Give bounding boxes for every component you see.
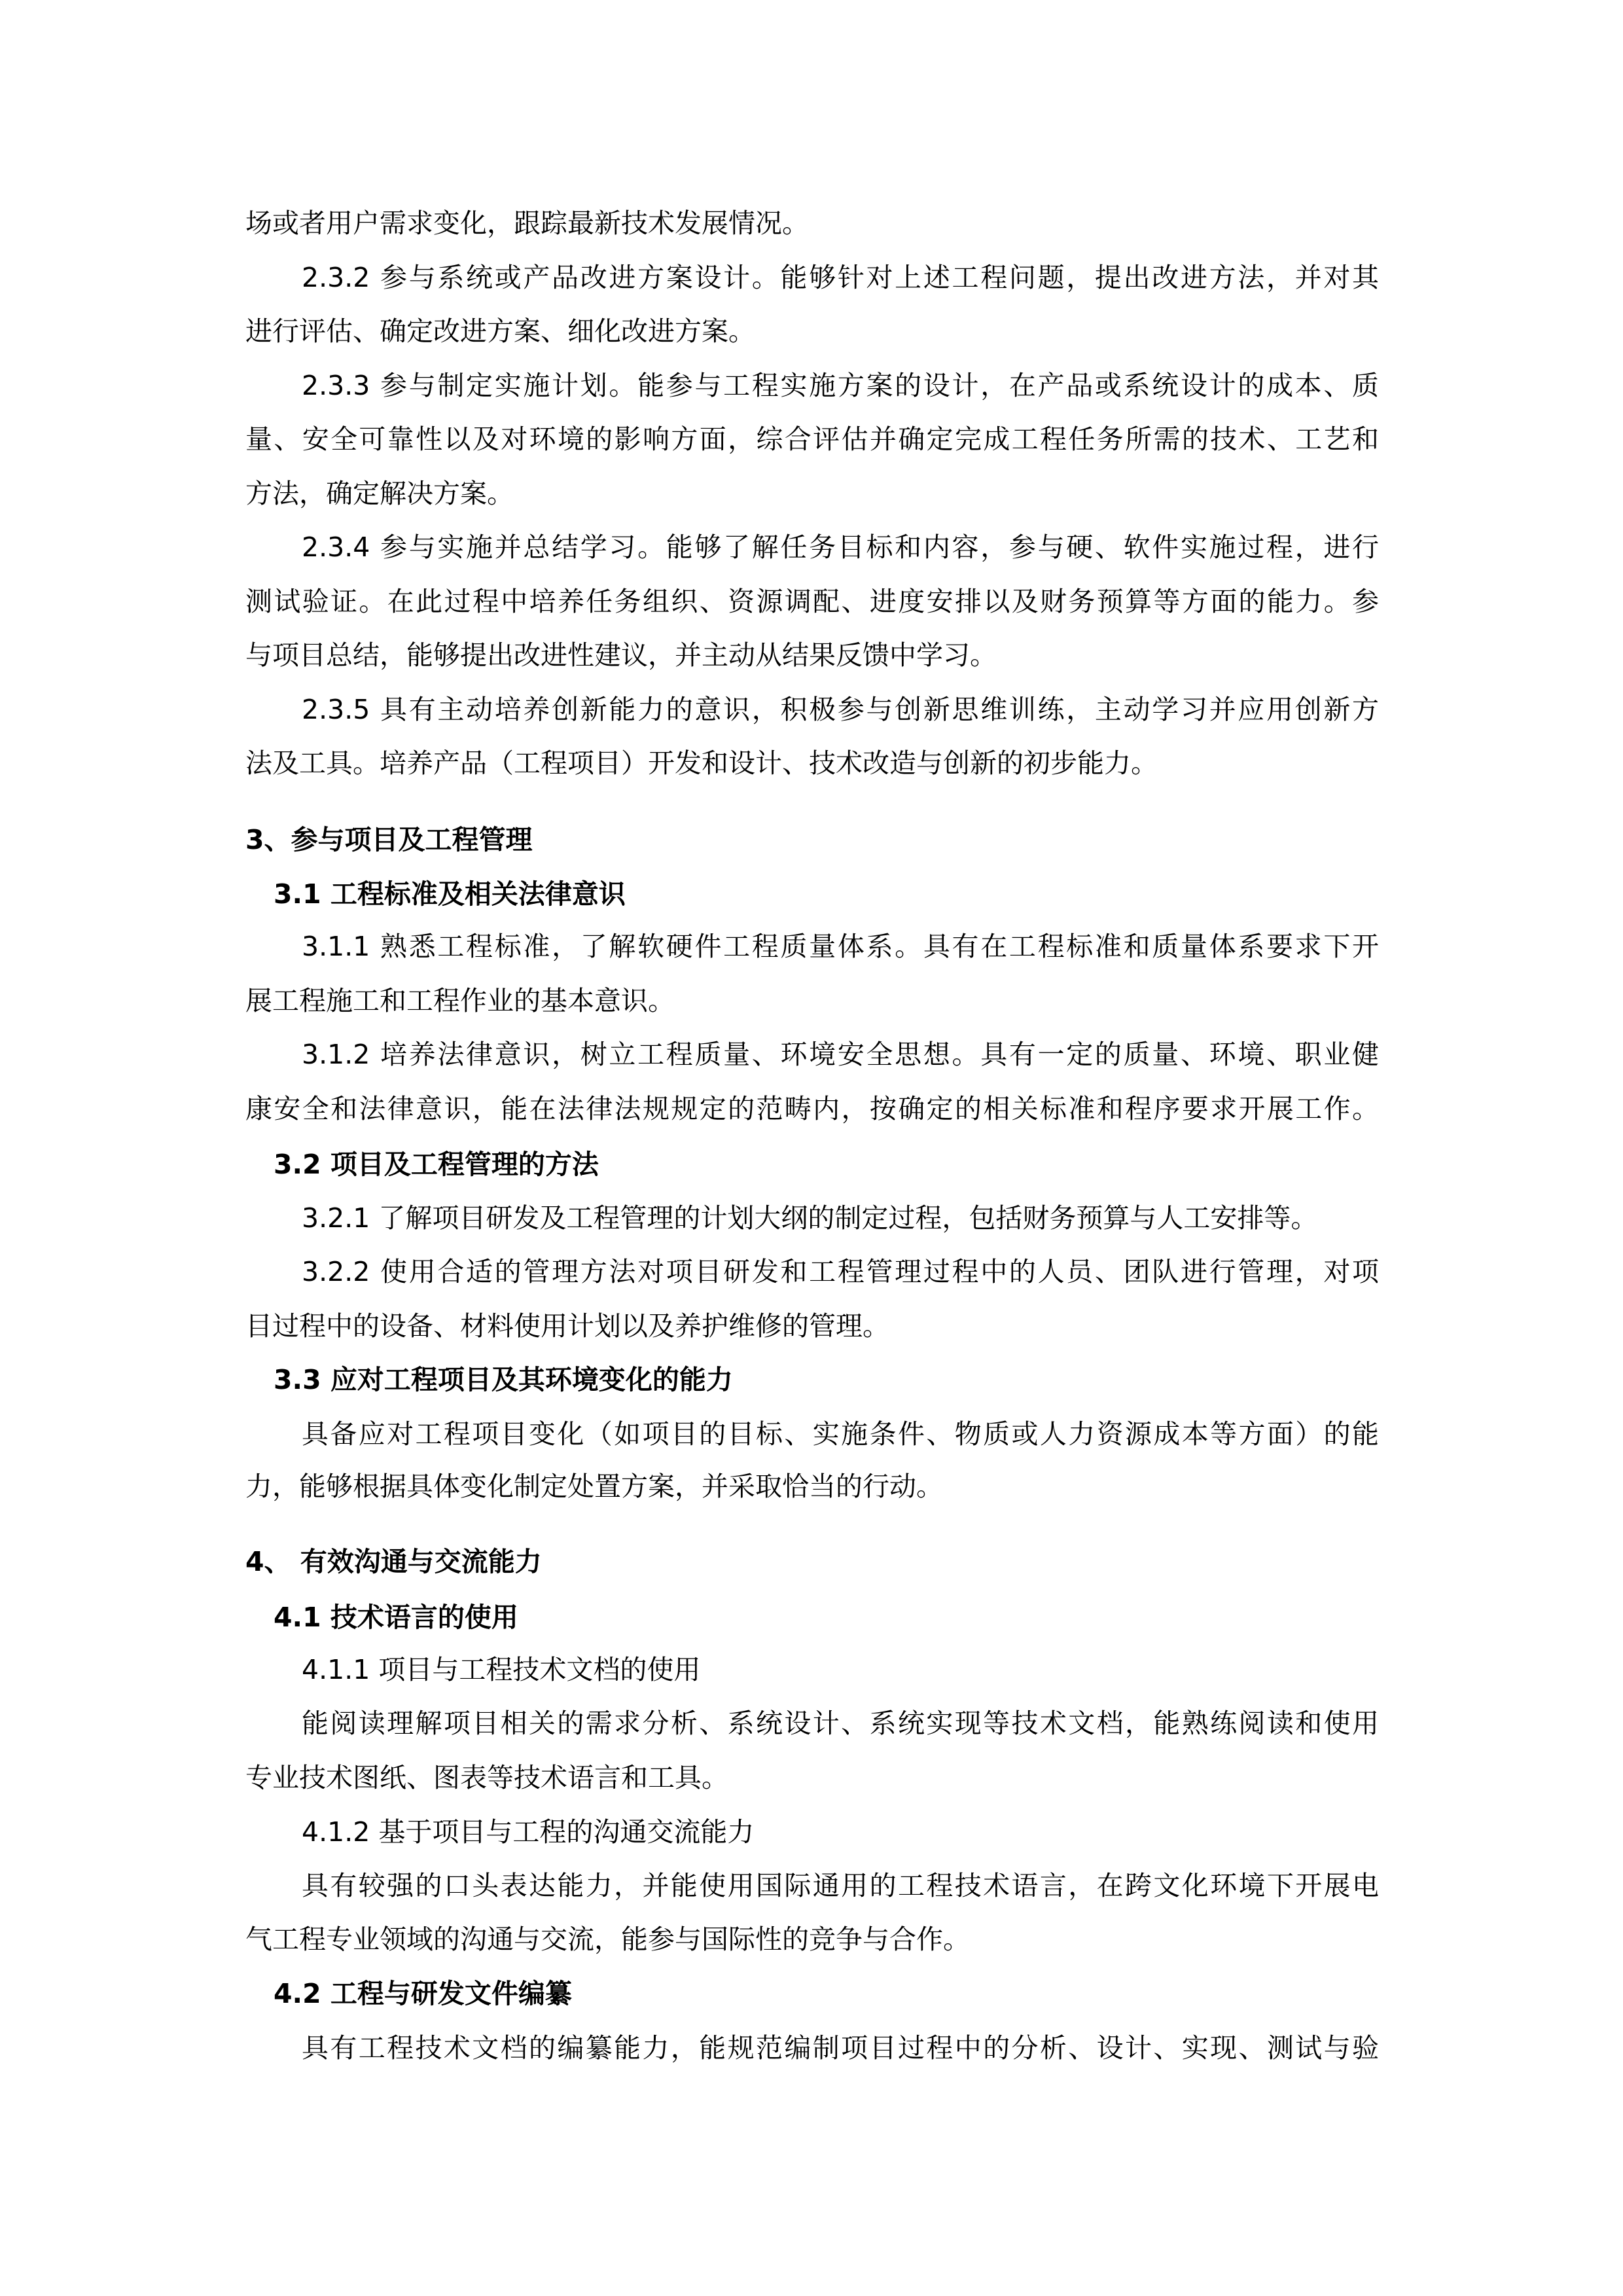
text-line: 量、安全可靠性以及对环境的影响方面，综合评估并确定完成工程任务所需的技术、工艺和 bbox=[245, 412, 1379, 466]
text-line: 进行评估、确定改进方案、细化改进方案。 bbox=[245, 304, 1379, 358]
text-line: 目过程中的设备、材料使用计划以及养护维修的管理。 bbox=[245, 1299, 1379, 1353]
text-line: 4.1.1 项目与工程技术文档的使用 bbox=[302, 1643, 1379, 1696]
text-line: 3.1.2 培养法律意识，树立工程质量、环境安全思想。具有一定的质量、环境、职业… bbox=[302, 1028, 1379, 1081]
text-line: 2.3.4 参与实施并总结学习。能够了解任务目标和内容，参与硬、软件实施过程，进… bbox=[302, 520, 1379, 574]
text-line: 3.2.2 使用合适的管理方法对项目研发和工程管理过程中的人员、团队进行管理，对… bbox=[302, 1245, 1379, 1299]
section-heading: 4、 有效沟通与交流能力 bbox=[245, 1535, 1379, 1588]
section-heading: 4.2 工程与研发文件编纂 bbox=[274, 1967, 1379, 2020]
text-line: 3.1.1 熟悉工程标准，了解软硬件工程质量体系。具有在工程标准和质量体系要求下… bbox=[302, 920, 1379, 973]
text-line: 方法，确定解决方案。 bbox=[245, 467, 1379, 520]
section-heading: 3.1 工程标准及相关法律意识 bbox=[274, 867, 1379, 921]
text-line: 场或者用户需求变化，跟踪最新技术发展情况。 bbox=[245, 196, 1379, 250]
section-heading: 4.1 技术语言的使用 bbox=[274, 1590, 1379, 1644]
text-line: 能阅读理解项目相关的需求分析、系统设计、系统实现等技术文档，能熟练阅读和使用 bbox=[302, 1696, 1379, 1750]
text-line: 2.3.2 参与系统或产品改进方案设计。能够针对上述工程问题，提出改进方法，并对… bbox=[302, 251, 1379, 304]
text-line: 气工程专业领域的沟通与交流，能参与国际性的竞争与合作。 bbox=[245, 1912, 1379, 1966]
section-heading: 3、参与项目及工程管理 bbox=[245, 813, 1379, 867]
text-line: 与项目总结，能够提出改进性建议，并主动从结果反馈中学习。 bbox=[245, 628, 1379, 682]
text-line: 测试验证。在此过程中培养任务组织、资源调配、进度安排以及财务预算等方面的能力。参 bbox=[245, 575, 1379, 628]
text-line: 法及工具。培养产品（工程项目）开发和设计、技术改造与创新的初步能力。 bbox=[245, 736, 1379, 790]
text-line: 4.1.2 基于项目与工程的沟通交流能力 bbox=[302, 1805, 1379, 1859]
text-line: 具备应对工程项目变化（如项目的目标、实施条件、物质或人力资源成本等方面）的能 bbox=[302, 1407, 1379, 1461]
text-line: 2.3.5 具有主动培养创新能力的意识，积极参与创新思维训练，主动学习并应用创新… bbox=[302, 683, 1379, 736]
section-heading: 3.3 应对工程项目及其环境变化的能力 bbox=[274, 1353, 1379, 1407]
text-line: 具有较强的口头表达能力，并能使用国际通用的工程技术语言，在跨文化环境下开展电 bbox=[302, 1859, 1379, 1912]
section-heading: 3.2 项目及工程管理的方法 bbox=[274, 1138, 1379, 1191]
text-line: 3.2.1 了解项目研发及工程管理的计划大纲的制定过程，包括财务预算与人工安排等… bbox=[302, 1191, 1379, 1245]
text-line: 康安全和法律意识，能在法律法规规定的范畴内，按确定的相关标准和程序要求开展工作。 bbox=[245, 1082, 1379, 1136]
text-line: 具有工程技术文档的编纂能力，能规范编制项目过程中的分析、设计、实现、测试与验 bbox=[302, 2021, 1379, 2075]
text-line: 专业技术图纸、图表等技术语言和工具。 bbox=[245, 1751, 1379, 1804]
text-line: 展工程施工和工程作业的基本意识。 bbox=[245, 974, 1379, 1028]
document-page: 场或者用户需求变化，跟踪最新技术发展情况。2.3.2 参与系统或产品改进方案设计… bbox=[0, 0, 1623, 2296]
text-line: 力，能够根据具体变化制定处置方案，并采取恰当的行动。 bbox=[245, 1460, 1379, 1513]
text-line: 2.3.3 参与制定实施计划。能参与工程实施方案的设计，在产品或系统设计的成本、… bbox=[302, 359, 1379, 412]
